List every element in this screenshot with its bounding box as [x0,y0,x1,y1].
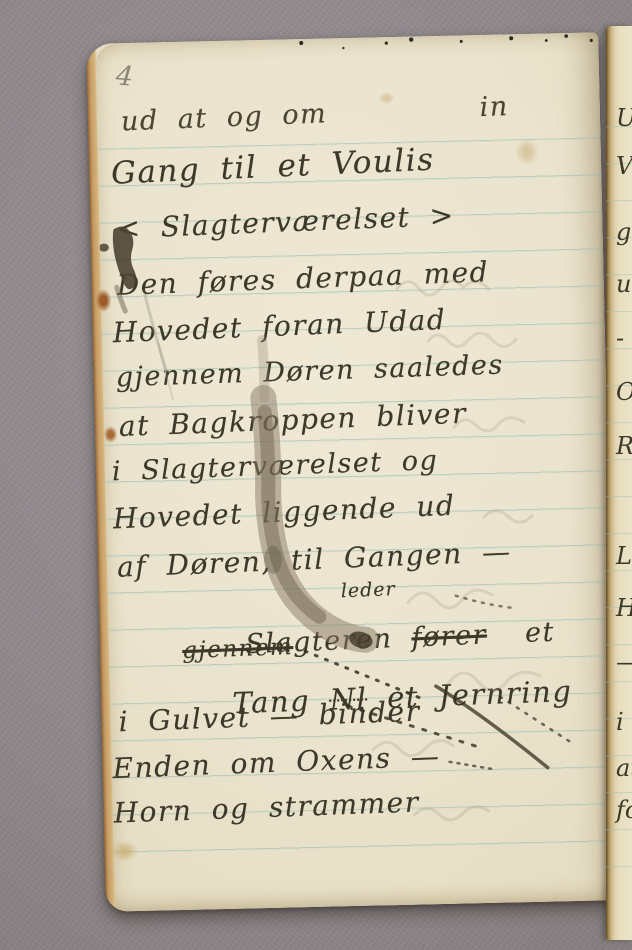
partial-handwriting: H [616,594,632,622]
partial-handwriting: R [616,432,632,460]
partial-handwriting: at [616,754,632,782]
partial-handwriting: — [616,648,632,676]
partial-handwriting: Vi [616,152,632,180]
handwriting-line: ud at og om in [120,93,509,136]
struck-word: fører [411,619,488,653]
next-page-edge: U Vi g u - O R La H — i at fo [606,26,632,940]
partial-handwriting: U [616,104,632,132]
inserted-word: leder [340,580,396,601]
struck-word-above: gjennem [182,636,294,663]
partial-handwriting: - [616,324,624,352]
notebook-page: 4 ud at og om in Gang til et Voulis < Sl… [86,32,618,911]
partial-handwriting: g [616,218,631,246]
partial-handwriting: i [616,708,624,736]
partial-handwriting: fo [616,796,632,824]
handwriting-text: et [486,617,555,651]
partial-handwriting: O [616,378,632,406]
partial-handwriting: u [616,270,631,298]
page-number: 4 [115,60,135,92]
photo-backdrop: { "page_number": "4", "manuscript": { "l… [0,0,632,950]
page-face: 4 ud at og om in Gang til et Voulis < Sl… [95,32,618,911]
partial-handwriting: La [616,542,632,570]
